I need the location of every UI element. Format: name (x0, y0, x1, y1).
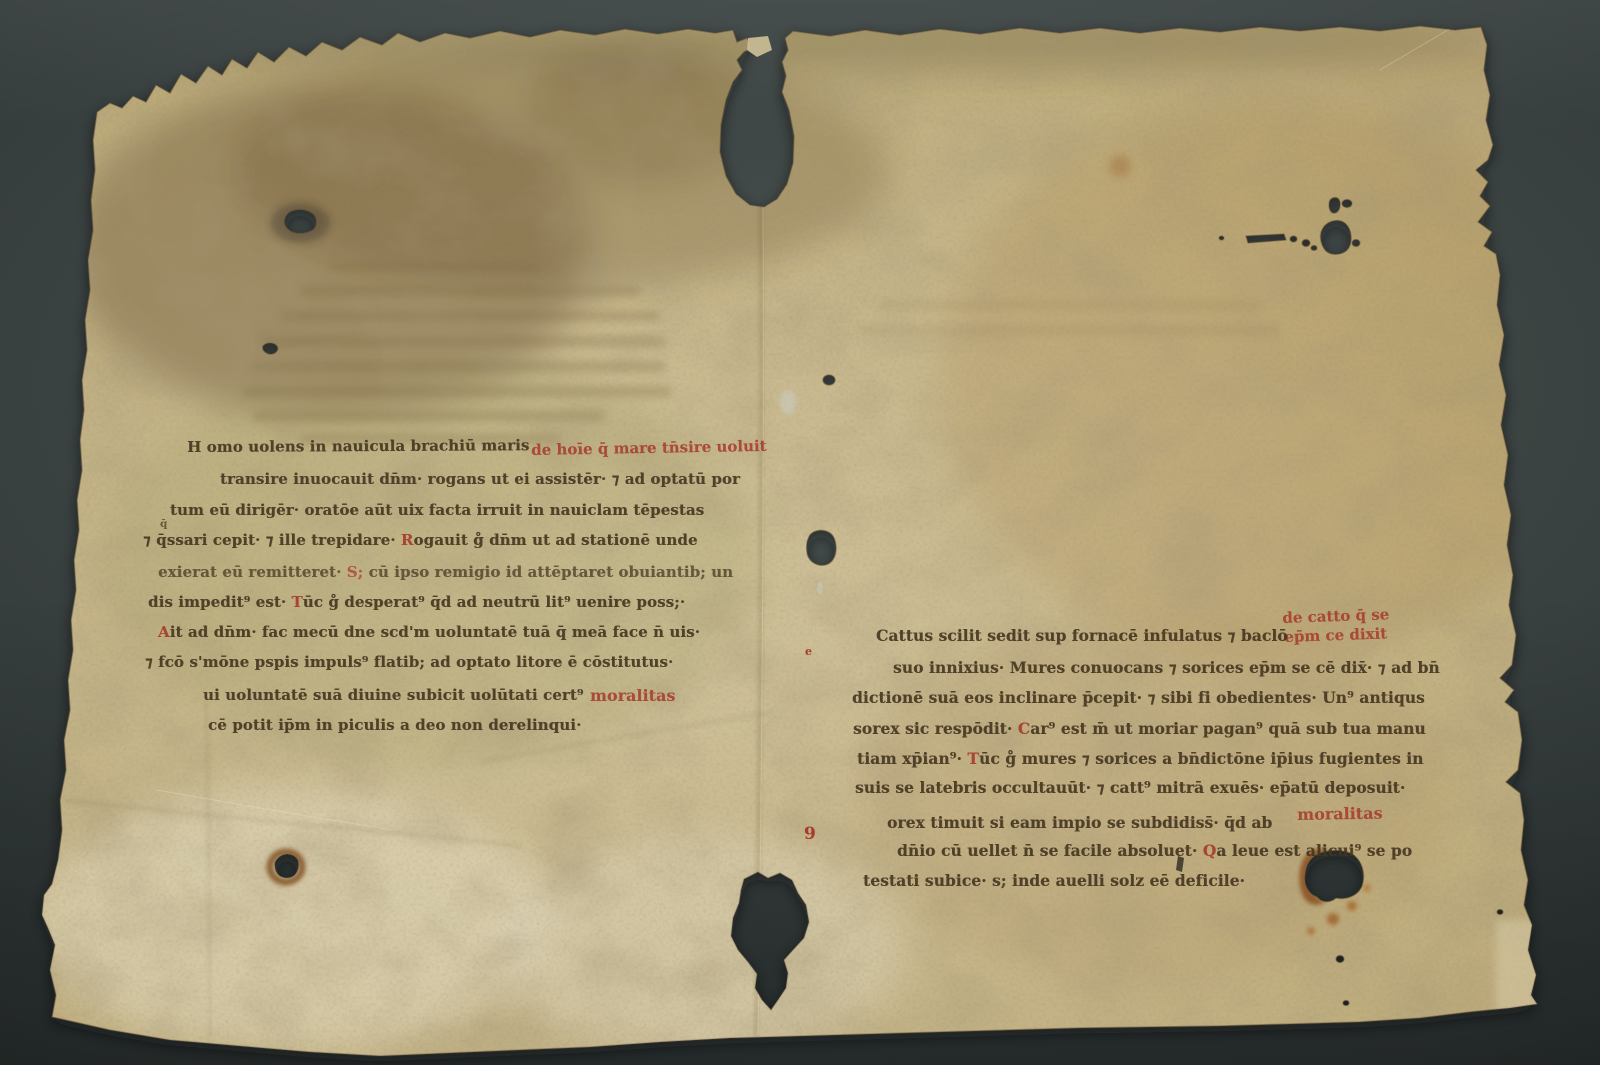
manuscript-line: sorex sic respōdit· Car⁹ est m̄ ut moria… (853, 719, 1426, 738)
manuscript-line: exierat eū remitteret· S; cū ipso remigi… (158, 563, 733, 581)
manuscript-line: transire inuocauit dn̄m· rogans ut ei as… (220, 470, 740, 488)
manuscript-line: ⁊ q̄ssari cepit· ⁊ ille trepidare· Rogau… (143, 531, 698, 549)
manuscript-line: ui uoluntatē suā diuine subicit uolūtati… (203, 686, 584, 704)
margin-mark-bottom: 9 (804, 824, 816, 844)
moralitas-label-right: moralitas (1297, 804, 1383, 824)
manuscript-line: dictionē suā eos inclinare p̄cepit· ⁊ si… (852, 688, 1425, 707)
manuscript-line: ⁊ fcō s'mōne pspis impuls⁹ flatib; ad op… (145, 653, 673, 671)
margin-mark-top: e (805, 645, 812, 658)
manuscript-line: suo innixius· Mures conuocans ⁊ sorices … (893, 658, 1440, 677)
chapter-rubric-left: de hoīe q̄ mare tn̄sire uoluit (531, 437, 767, 459)
manuscript-line: testati subice· s; inde auelli solz eē d… (863, 871, 1245, 890)
manuscript-line: dn̄io cū uellet n̄ se facile absoluet· Q… (897, 841, 1412, 860)
manuscript-line: Cattus scilit sedit sup fornacē infulatu… (876, 626, 1288, 645)
moralitas-label-left: moralitas (590, 686, 675, 705)
manuscript-line: cē potit ip̄m in piculis a deo non derel… (208, 716, 581, 734)
chapter-rubric-right-line1: de catto q̄ se (1282, 605, 1389, 627)
manuscript-line: tum eū dirigēr· oratōe aūt uix facta irr… (170, 501, 704, 519)
interlinear-correction: q̄ (160, 518, 167, 530)
manuscript-text-layer: H omo uolens in nauicula brachiū maris d… (0, 0, 1600, 1065)
manuscript-line: suis se latebris occultauūt· ⁊ catt⁹ mit… (855, 778, 1405, 797)
manuscript-line: orex timuit si eam impio se subdidiss̄· … (887, 813, 1272, 832)
manuscript-line: tiam xp̄ian⁹· Tūc g̊ mures ⁊ sorices a b… (857, 749, 1423, 768)
manuscript-line: Ait ad dn̄m· fac mecū dne scd'm uoluntat… (158, 623, 700, 641)
manuscript-line: H omo uolens in nauicula brachiū maris (187, 436, 529, 456)
manuscript-line: dis impedit⁹ est· Tūc g̊ desperat⁹ q̄d a… (148, 593, 685, 611)
chapter-rubric-right-line2: ep̄m ce dixit (1284, 624, 1387, 646)
manuscript-photo: H omo uolens in nauicula brachiū maris d… (0, 0, 1600, 1065)
